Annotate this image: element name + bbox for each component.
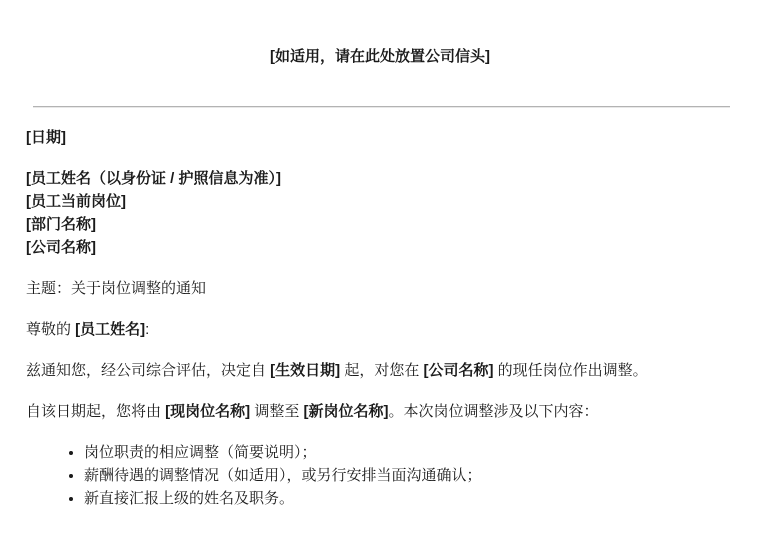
paragraph-adjustment-text-1: 自该日期起，您将由	[26, 403, 165, 420]
letterhead-placeholder: [如适用，请在此处放置公司信头]	[26, 0, 734, 68]
recipient-block: [员工姓名（以身份证 / 护照信息为准）] [员工当前岗位] [部门名称] [公…	[26, 167, 734, 259]
salutation-colon: :	[145, 321, 149, 338]
horizontal-divider	[33, 106, 730, 108]
list-item-supervisor: 新直接汇报上级的姓名及职务。	[84, 487, 734, 510]
recipient-department: [部门名称]	[26, 213, 734, 236]
paragraph-notice-text-1: 兹通知您，经公司综合评估，决定自	[26, 362, 270, 379]
recipient-employee-name: [员工姓名（以身份证 / 护照信息为准）]	[26, 167, 734, 190]
letter-document: [如适用，请在此处放置公司信头] [日期] [员工姓名（以身份证 / 护照信息为…	[0, 0, 768, 510]
employee-name-placeholder: [员工姓名]	[75, 321, 145, 338]
salutation: 尊敬的 [员工姓名]:	[26, 318, 734, 341]
list-item-duties: 岗位职责的相应调整（简要说明）；	[84, 441, 734, 464]
paragraph-adjustment-text-2: 调整至	[250, 403, 303, 420]
subject-line: 主题：关于岗位调整的通知	[26, 277, 734, 300]
recipient-company: [公司名称]	[26, 236, 734, 259]
salutation-prefix: 尊敬的	[26, 321, 75, 338]
recipient-current-position: [员工当前岗位]	[26, 190, 734, 213]
current-position-placeholder: [现岗位名称]	[165, 403, 250, 420]
date-placeholder: [日期]	[26, 126, 734, 149]
effective-date-placeholder: [生效日期]	[270, 362, 340, 379]
paragraph-notice: 兹通知您，经公司综合评估，决定自 [生效日期] 起，对您在 [公司名称] 的现任…	[26, 359, 734, 382]
paragraph-adjustment: 自该日期起，您将由 [现岗位名称] 调整至 [新岗位名称]。本次岗位调整涉及以下…	[26, 400, 734, 423]
adjustment-items-list: 岗位职责的相应调整（简要说明）； 薪酬待遇的调整情况（如适用），或另行安排当面沟…	[26, 441, 734, 510]
paragraph-adjustment-text-3: 。本次岗位调整涉及以下内容：	[389, 403, 599, 420]
company-name-placeholder: [公司名称]	[424, 362, 494, 379]
paragraph-notice-text-2: 起，对您在	[340, 362, 423, 379]
paragraph-notice-text-3: 的现任岗位作出调整。	[494, 362, 648, 379]
new-position-placeholder: [新岗位名称]	[304, 403, 389, 420]
list-item-compensation: 薪酬待遇的调整情况（如适用），或另行安排当面沟通确认；	[84, 464, 734, 487]
